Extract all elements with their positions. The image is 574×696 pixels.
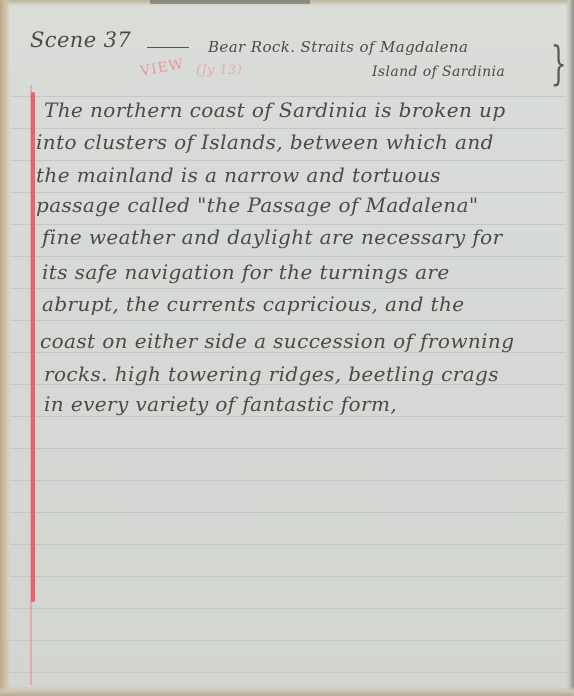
ruled-line bbox=[10, 448, 566, 449]
ruled-line bbox=[10, 416, 566, 417]
ruled-line bbox=[10, 256, 566, 257]
ruled-line bbox=[10, 512, 566, 513]
page-left-edge bbox=[0, 0, 10, 696]
manuscript-page: Scene 37 Bear Rock. Straits of Magdalena… bbox=[0, 0, 574, 696]
heading-dash bbox=[147, 47, 189, 48]
scene-label: Scene 37 bbox=[30, 28, 131, 52]
text-line: coast on either side a succession of fro… bbox=[40, 329, 514, 353]
red-margin-bracket bbox=[31, 92, 35, 602]
ruled-line bbox=[10, 128, 566, 129]
ruled-line bbox=[10, 544, 566, 545]
ruled-line bbox=[10, 320, 566, 321]
text-line: the mainland is a narrow and tortuous bbox=[36, 163, 441, 187]
text-line: rocks. high towering ridges, beetling cr… bbox=[44, 362, 499, 386]
page-bottom-edge bbox=[0, 686, 574, 696]
text-line: in every variety of fantastic form, bbox=[44, 392, 397, 416]
ruled-line bbox=[10, 96, 566, 97]
pencil-annotation-view: VIEW bbox=[139, 56, 185, 79]
text-line: fine weather and daylight are necessary … bbox=[42, 225, 503, 249]
text-line: its safe navigation for the turnings are bbox=[42, 260, 450, 284]
text-line: abrupt, the currents capricious, and the bbox=[42, 292, 465, 316]
ruled-line bbox=[10, 672, 566, 673]
ruled-line bbox=[10, 640, 566, 641]
pencil-annotation-ref: (Jy 13) bbox=[196, 63, 242, 78]
ruled-line bbox=[10, 288, 566, 289]
text-line: into clusters of Islands, between which … bbox=[36, 130, 494, 154]
curly-brace-mark: } bbox=[551, 36, 567, 90]
ruled-line bbox=[10, 480, 566, 481]
text-line: passage called "the Passage of Madalena" bbox=[36, 193, 479, 217]
scene-title: Bear Rock. Straits of Magdalena bbox=[208, 38, 468, 56]
page-right-edge bbox=[566, 0, 574, 696]
scene-subtitle: Island of Sardinia bbox=[372, 64, 505, 80]
ruled-line bbox=[10, 608, 566, 609]
ruled-line bbox=[10, 576, 566, 577]
ruled-line bbox=[10, 160, 566, 161]
text-line: The northern coast of Sardinia is broken… bbox=[44, 98, 506, 122]
binding-shadow bbox=[150, 0, 310, 4]
